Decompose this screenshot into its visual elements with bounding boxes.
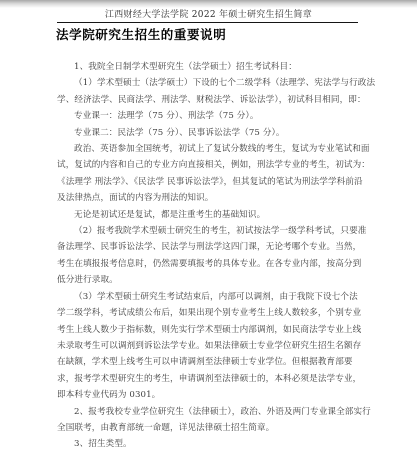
body-text: 1、我院全日制学术型研究生（法学硕士）招生考试科目： （1）学术型硕士（法学硕士… xyxy=(57,59,365,453)
document-page: 江西财经大学法学院 2022 年硕士研究生招生简章 法学院研究生招生的重要说明 … xyxy=(0,0,417,454)
text-line: （1）学术型硕士（法学硕士）下设的七个二级学科（法理学、宪法学与行政法 xyxy=(57,75,365,91)
text-line: 即本科专业代码为 0301。 xyxy=(57,387,365,403)
text-line: （3）学术型硕士研究生考试结束后，内部可以调剂，由于我院下设七个法 xyxy=(57,289,365,305)
text-line: 全国联考，由教育部统一命题，详见法律硕士招生简章。 xyxy=(57,420,365,436)
text-line: 3、招生类型。 xyxy=(57,436,365,452)
text-line: 政治、英语参加全国统考，初试上了复试分数线的考生，复试为专业笔试和面 xyxy=(57,141,365,157)
header-rule xyxy=(57,22,358,23)
text-line: 考生上线人数少于指标数，则先实行学术型硕士内部调剂，如民商法学专业上线 xyxy=(57,322,365,338)
text-line: 学、经济法学、民商法学、刑法学、财税法学、诉讼法学），初试科目相同，即： xyxy=(57,92,365,108)
text-line: 无论是初试还是复试，都是注重考生的基础知识。 xyxy=(57,207,365,223)
running-header: 江西财经大学法学院 2022 年硕士研究生招生简章 xyxy=(0,7,417,20)
text-line: 2、报考我校专业学位研究生（法律硕士），政治、外语及两门专业课全部实行 xyxy=(57,404,365,420)
text-line: 1、我院全日制学术型研究生（法学硕士）招生考试科目： xyxy=(57,59,365,75)
text-line: （2）报考我院学术型硕士研究生的考生，初试按法学一级学科考试，只要准 xyxy=(57,223,365,239)
text-line: 考生在填报报考信息时，仍然需要填报考的具体专业。在各专业内部，按高分到 xyxy=(57,256,365,272)
text-line: 及法律热点，面试的内容为刑法的知识。 xyxy=(57,190,365,206)
page-title: 法学院研究生招生的重要说明 xyxy=(56,25,226,43)
text-line: 学二级学科，考试成绩公布后，如果出现个别专业考生上线人数较多，个别专业 xyxy=(57,305,365,321)
text-line: 《法理学 刑法学》、《民法学 民事诉讼法学》，但其复试的笔试为刑法学学科前沿 xyxy=(57,174,365,190)
text-line: 专业课二：民法学（75 分）、民事诉讼法学（75 分）。 xyxy=(57,125,365,141)
text-line: 求，报考学术型研究生的考生，申请调剂至法律硕士的，本科必须是法学专业， xyxy=(57,371,365,387)
text-line: 备法理学、民事诉讼法学、民法学与刑法学这四门课，无论考哪个专业。当然， xyxy=(57,239,365,255)
text-line: 在缺额，学术型上线考生可以申请调剂至法律硕士专业学位。但根据教育部要 xyxy=(57,354,365,370)
text-line: 专业课一：法理学（75 分）、刑法学（75 分）。 xyxy=(57,108,365,124)
text-line: 试，复试的内容和自己的专业方向直接相关，例如，刑法学专业的考生，初试为： xyxy=(57,157,365,173)
text-line: 未录取考生可以调剂到诉讼法学专业。如果法律硕士专业学位研究生招生名额存 xyxy=(57,338,365,354)
text-line: 低分进行录取。 xyxy=(57,272,365,288)
